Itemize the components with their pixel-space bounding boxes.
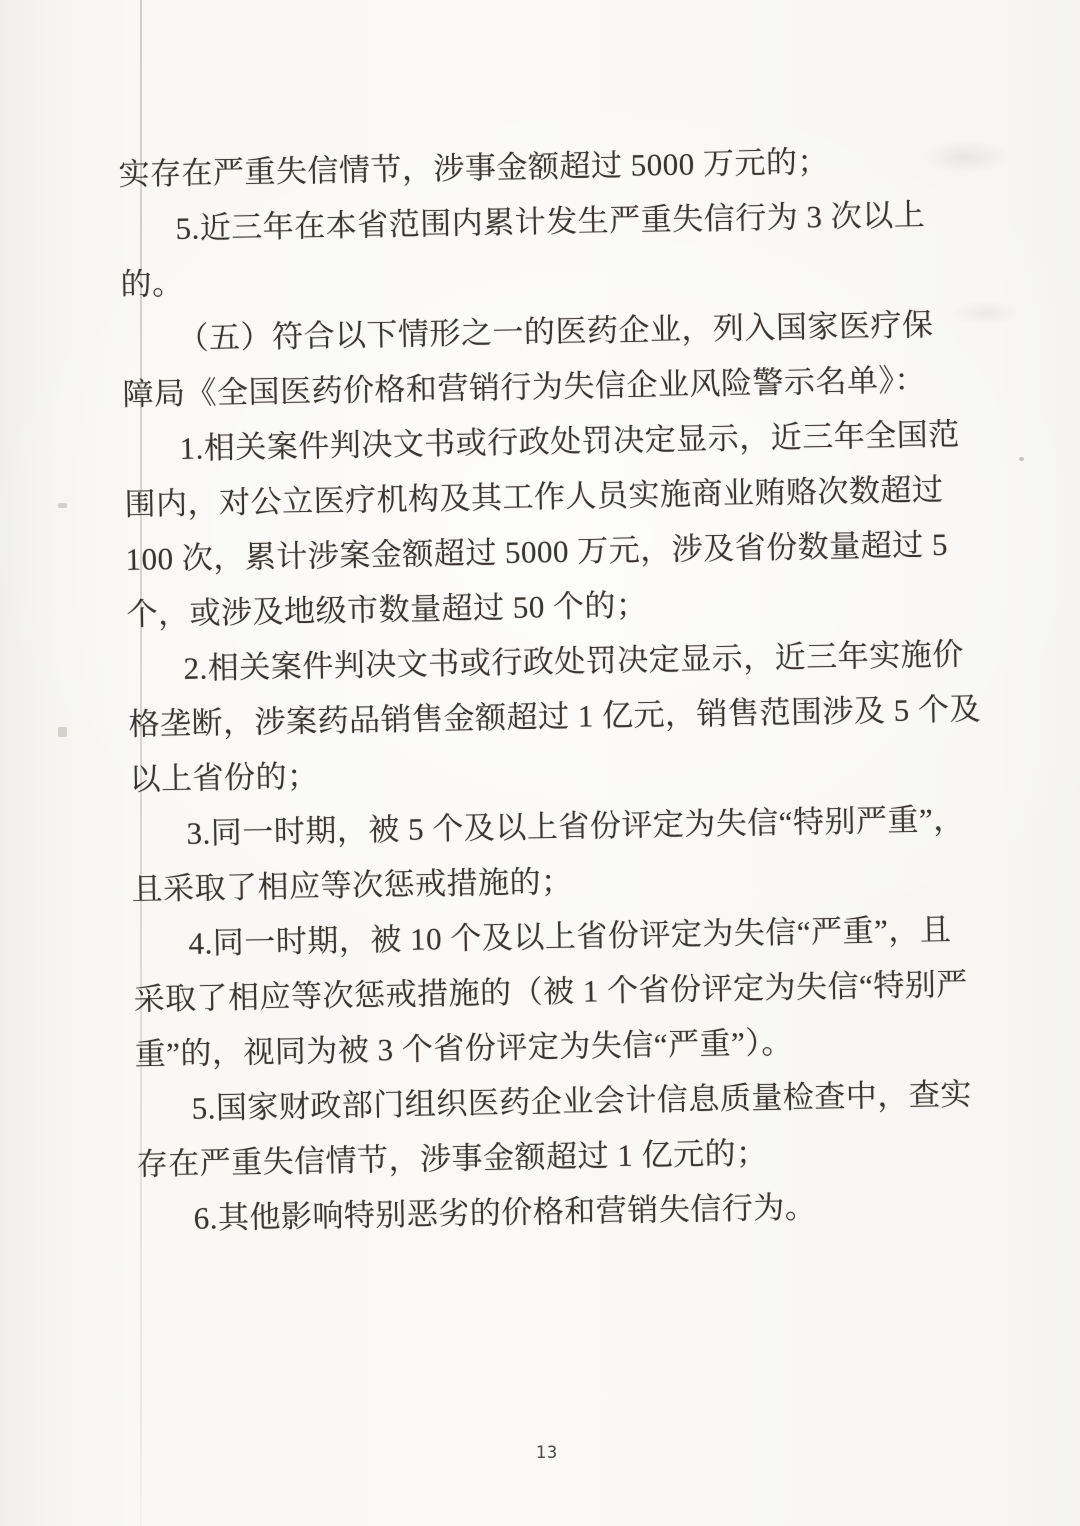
document-page: 实存在严重失信情节，涉事金额超过 5000 万元的；5.近三年在本省范围内累计发… xyxy=(0,0,1080,1526)
scan-artifact xyxy=(58,727,67,737)
scan-artifact xyxy=(58,503,67,508)
scan-artifact xyxy=(1019,457,1024,461)
document-body: 实存在严重失信情节，涉事金额超过 5000 万元的；5.近三年在本省范围内累计发… xyxy=(118,131,988,1246)
page-number: 13 xyxy=(0,1443,1080,1463)
